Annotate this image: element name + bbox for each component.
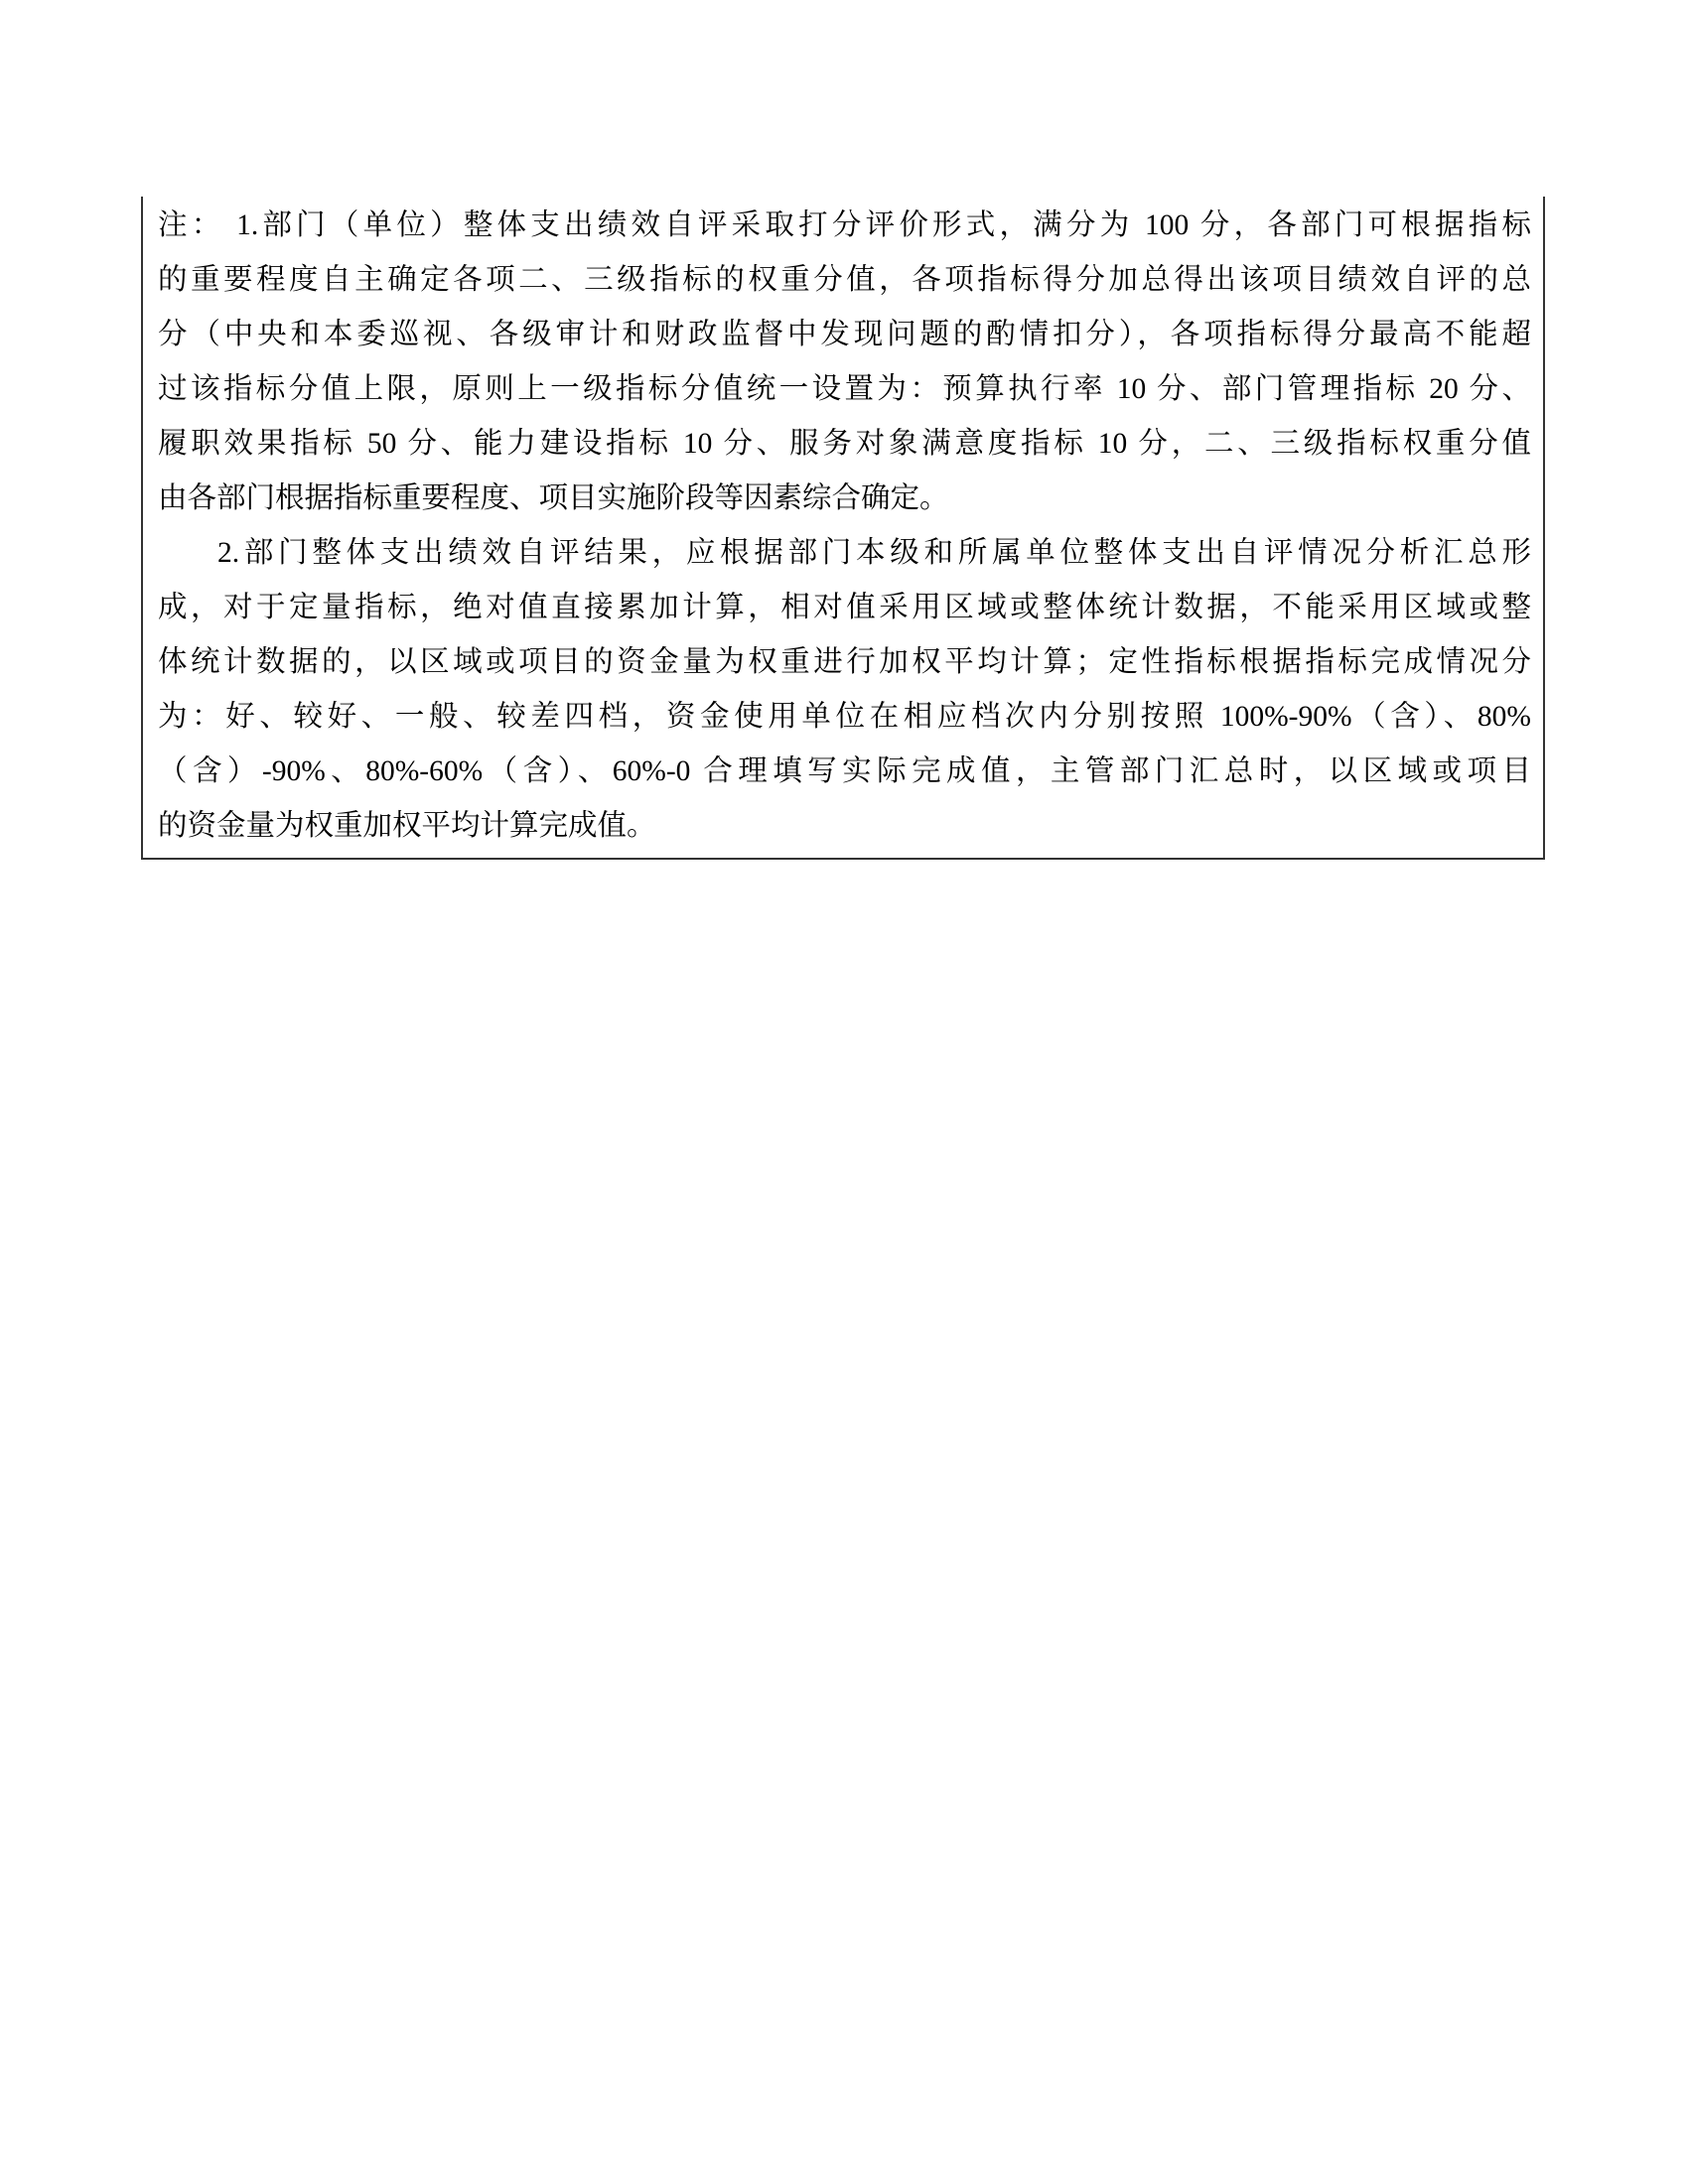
note-2-line-1: 2.部门整体支出绩效自评结果，应根据部门本级和所属单位整体支出自评情况分析汇总形 [217,526,1531,581]
note-1-line-3: 分（中央和本委巡视、各级审计和财政监督中发现问题的酌情扣分），各项指标得分最高不… [158,308,1531,362]
note-1-line-5: 履职效果指标 50 分、能力建设指标 10 分、服务对象满意度指标 10 分，二… [158,417,1531,472]
note-2-line-5: （含）-90%、80%-60%（含）、60%-0 合理填写实际完成值，主管部门汇… [158,745,1531,799]
note-1-line-6: 由各部门根据指标重要程度、项目实施阶段等因素综合确定。 [158,472,1531,526]
note-1-line-2: 的重要程度自主确定各项二、三级指标的权重分值，各项指标得分加总得出该项目绩效自评… [158,253,1531,308]
note-1-line-4: 过该指标分值上限，原则上一级指标分值统一设置为：预算执行率 10 分、部门管理指… [158,362,1531,417]
note-2-line-4: 为：好、较好、一般、较差四档，资金使用单位在相应档次内分别按照 100%-90%… [158,690,1531,745]
note-1-line-1: 注： 1.部门（单位）整体支出绩效自评采取打分评价形式，满分为 100 分，各部… [158,199,1531,253]
note-2-line-3: 体统计数据的，以区域或项目的资金量为权重进行加权平均计算；定性指标根据指标完成情… [158,635,1531,690]
note-2-line-6: 的资金量为权重加权平均计算完成值。 [158,799,1531,854]
notes-table-cell: 注： 1.部门（单位）整体支出绩效自评采取打分评价形式，满分为 100 分，各部… [141,197,1545,860]
note-2-line-2: 成，对于定量指标，绝对值直接累加计算，相对值采用区域或整体统计数据，不能采用区域… [158,581,1531,635]
